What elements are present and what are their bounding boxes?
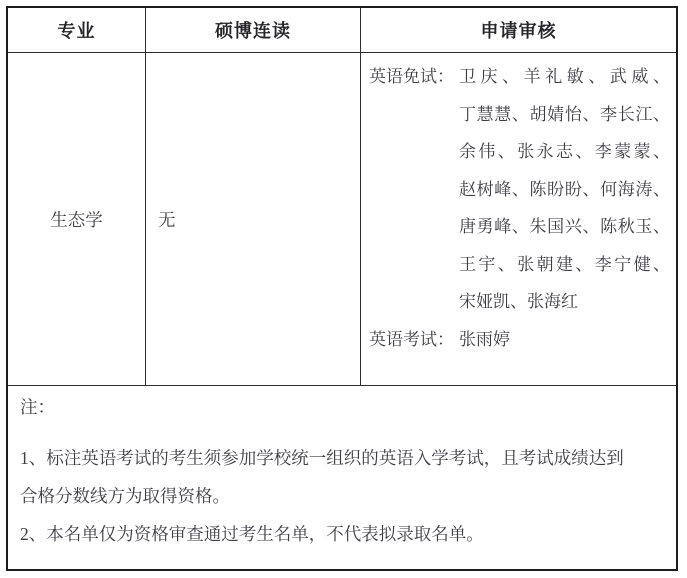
note-item-1: 1、标注英语考试的考生须参加学校统一组织的英语入学考试，且考试成绩达到 合格分数… bbox=[20, 439, 662, 515]
exempt-names-line: 余伟、张永志、李蒙蒙、 bbox=[459, 133, 670, 171]
cell-combined-program-none: 无 bbox=[146, 53, 361, 385]
cell-application-review: 英语免试： 卫庆、羊礼敏、武威、 丁慧慧、胡婧怡、李长江、 余伟、张永志、李蒙蒙… bbox=[361, 53, 676, 385]
notes-section: 注： 1、标注英语考试的考生须参加学校统一组织的英语入学考试，且考试成绩达到 合… bbox=[8, 386, 676, 569]
english-exam-label: 英语考试： bbox=[369, 321, 459, 359]
header-major: 专业 bbox=[8, 8, 146, 52]
exempt-names-line: 唐勇峰、朱国兴、陈秋玉、 bbox=[459, 208, 670, 246]
exempt-names-line: 丁慧慧、胡婧怡、李长江、 bbox=[459, 96, 670, 134]
notes-label: 注： bbox=[20, 388, 662, 426]
exempt-names-line: 赵树峰、陈盼盼、何海涛、 bbox=[459, 171, 670, 209]
english-exempt-group: 英语免试： 卫庆、羊礼敏、武威、 丁慧慧、胡婧怡、李长江、 余伟、张永志、李蒙蒙… bbox=[369, 58, 670, 321]
header-combined-masters-phd: 硕博连读 bbox=[146, 8, 361, 52]
exempt-names-line: 宋娅凯、张海红 bbox=[459, 283, 670, 321]
english-exam-name-list: 张雨婷 bbox=[459, 321, 670, 359]
note-item-2: 2、本名单仅为资格审查通过考生名单，不代表拟录取名单。 bbox=[20, 515, 662, 553]
qualification-review-table: 专业 硕博连读 申请审核 生态学 无 英语免试： 卫庆、羊礼敏、武威、 丁慧慧、… bbox=[6, 6, 678, 571]
note-2-line-1: 2、本名单仅为资格审查通过考生名单，不代表拟录取名单。 bbox=[20, 515, 662, 553]
note-1-line-2: 合格分数线方为取得资格。 bbox=[20, 477, 662, 515]
english-exam-group: 英语考试： 张雨婷 bbox=[369, 321, 670, 359]
document-page: 专业 硕博连读 申请审核 生态学 无 英语免试： 卫庆、羊礼敏、武威、 丁慧慧、… bbox=[0, 0, 687, 578]
exam-names-line: 张雨婷 bbox=[459, 321, 670, 359]
table-header-row: 专业 硕博连读 申请审核 bbox=[8, 8, 676, 53]
note-1-line-1: 1、标注英语考试的考生须参加学校统一组织的英语入学考试，且考试成绩达到 bbox=[20, 439, 662, 477]
cell-major-ecology: 生态学 bbox=[8, 53, 146, 385]
table-data-row: 生态学 无 英语免试： 卫庆、羊礼敏、武威、 丁慧慧、胡婧怡、李长江、 余伟、张… bbox=[8, 53, 676, 386]
header-application-review: 申请审核 bbox=[361, 8, 676, 52]
english-exempt-label: 英语免试： bbox=[369, 58, 459, 96]
exempt-names-line: 卫庆、羊礼敏、武威、 bbox=[459, 58, 670, 96]
english-exempt-name-list: 卫庆、羊礼敏、武威、 丁慧慧、胡婧怡、李长江、 余伟、张永志、李蒙蒙、 赵树峰、… bbox=[459, 58, 670, 321]
exempt-names-line: 王宇、张朝建、李宁健、 bbox=[459, 246, 670, 284]
